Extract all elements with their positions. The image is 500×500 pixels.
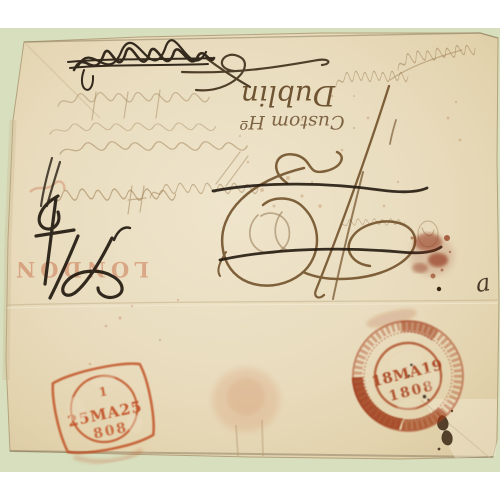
address-line-dublin: Dublin	[241, 79, 336, 112]
letter-artwork: Dublin Custom Hº LONDON	[0, 0, 500, 500]
svg-text:LONDON: LONDON	[11, 257, 149, 282]
ink-dot	[437, 287, 441, 291]
address-inverted: Dublin Custom Hº	[239, 79, 344, 133]
address-line-custom-house: Custom Hº	[239, 111, 344, 133]
photo-of-letter: Dublin Custom Hº LONDON	[0, 0, 500, 500]
